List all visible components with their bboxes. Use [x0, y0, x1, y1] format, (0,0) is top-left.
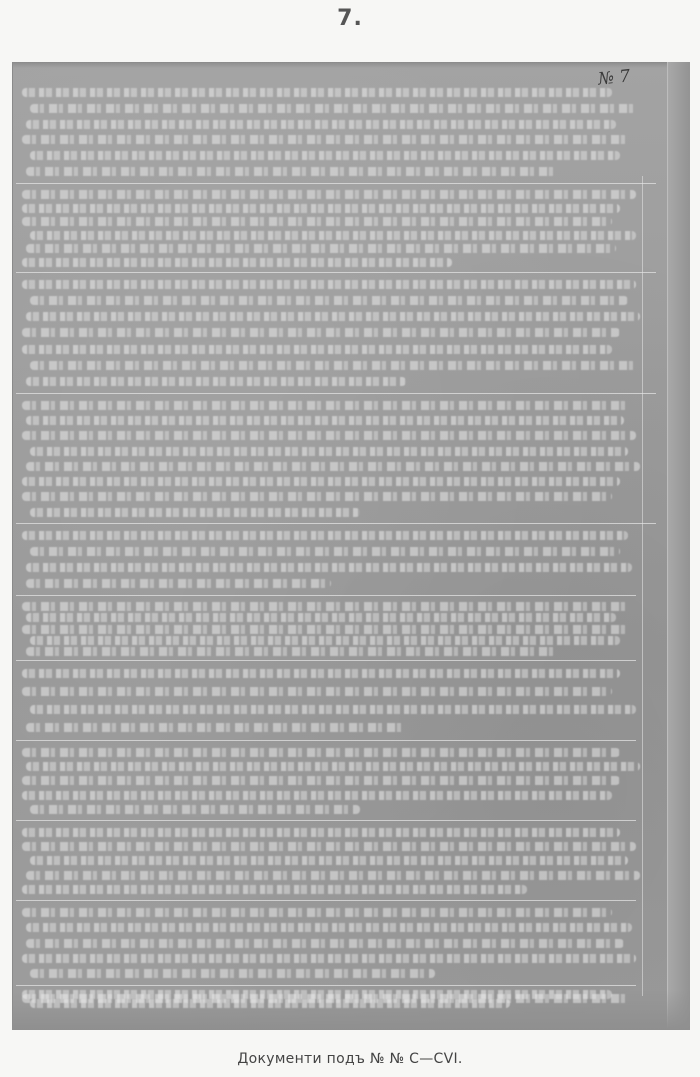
manuscript-script-line — [30, 805, 360, 814]
manuscript-script-line — [30, 547, 620, 556]
manuscript-script-line — [22, 908, 612, 917]
manuscript-script-line — [22, 842, 636, 851]
manuscript-script-line — [30, 447, 628, 456]
manuscript-script-line — [22, 687, 612, 696]
manuscript-script-line — [22, 791, 612, 800]
manuscript-script-line — [22, 748, 620, 757]
manuscript-script-line — [30, 508, 360, 517]
paragraph-divider — [16, 272, 656, 273]
manuscript-script-line — [26, 312, 640, 321]
plate-top-edge — [12, 62, 690, 68]
manuscript-script-line — [30, 705, 636, 714]
manuscript-script-line — [26, 377, 406, 386]
manuscript-script-line — [22, 828, 620, 837]
manuscript-script-line — [26, 647, 556, 656]
manuscript-script-line — [22, 885, 527, 894]
paragraph-divider — [16, 523, 656, 524]
manuscript-script-line — [22, 531, 628, 540]
manuscript-script-line — [22, 776, 620, 785]
manuscript-script-line — [22, 204, 620, 213]
manuscript-script-line — [22, 217, 612, 226]
manuscript-script-line — [22, 625, 628, 634]
manuscript-script-line — [26, 120, 616, 129]
manuscript-script-line — [30, 151, 620, 160]
manuscript-script-line — [26, 244, 616, 253]
manuscript-script-line — [26, 416, 624, 425]
paragraph-divider — [16, 393, 656, 394]
manuscript-script-line — [22, 954, 636, 963]
manuscript-script-line — [22, 190, 636, 199]
manuscript-script-line — [26, 167, 556, 176]
manuscript-script-line — [30, 296, 628, 305]
page-caption: Документи подъ № № C—CVI. — [0, 1051, 700, 1067]
manuscript-script-line — [22, 280, 636, 289]
manuscript-script-line — [26, 762, 640, 771]
manuscript-script-line — [22, 88, 612, 97]
manuscript-script-line — [26, 579, 331, 588]
manuscript-script-line — [22, 258, 452, 267]
page-number: 7. — [0, 6, 700, 31]
manuscript-plate: № 7 — [12, 62, 690, 1030]
paragraph-divider — [16, 740, 636, 741]
manuscript-script-line — [30, 999, 510, 1008]
manuscript-script-line — [30, 104, 636, 113]
paragraph-divider — [16, 900, 636, 901]
right-margin-rule — [642, 176, 643, 996]
manuscript-script-line — [26, 871, 640, 880]
manuscript-script-line — [30, 231, 636, 240]
paragraph-divider — [16, 595, 636, 596]
manuscript-script-line — [30, 361, 636, 370]
manuscript-script-line — [30, 856, 628, 865]
paragraph-divider — [16, 985, 636, 986]
paragraph-divider — [16, 820, 636, 821]
manuscript-script-line — [22, 477, 620, 486]
manuscript-script-line — [22, 328, 620, 337]
manuscript-script-line — [22, 401, 628, 410]
manuscript-script-line — [22, 669, 620, 678]
manuscript-text-area — [16, 76, 662, 1006]
manuscript-script-line — [22, 492, 612, 501]
manuscript-script-line — [26, 462, 640, 471]
manuscript-script-line — [26, 563, 632, 572]
manuscript-script-line — [26, 923, 632, 932]
manuscript-script-line — [22, 135, 628, 144]
manuscript-script-line — [26, 613, 616, 622]
manuscript-script-line — [22, 345, 612, 354]
paragraph-divider — [16, 660, 636, 661]
manuscript-script-line — [30, 969, 435, 978]
manuscript-script-line — [22, 431, 636, 440]
manuscript-script-line — [26, 939, 624, 948]
paragraph-divider — [16, 183, 656, 184]
manuscript-script-line — [22, 602, 628, 611]
manuscript-script-line — [26, 723, 406, 732]
manuscript-script-line — [30, 636, 620, 645]
plate-right-edge — [667, 62, 690, 1030]
